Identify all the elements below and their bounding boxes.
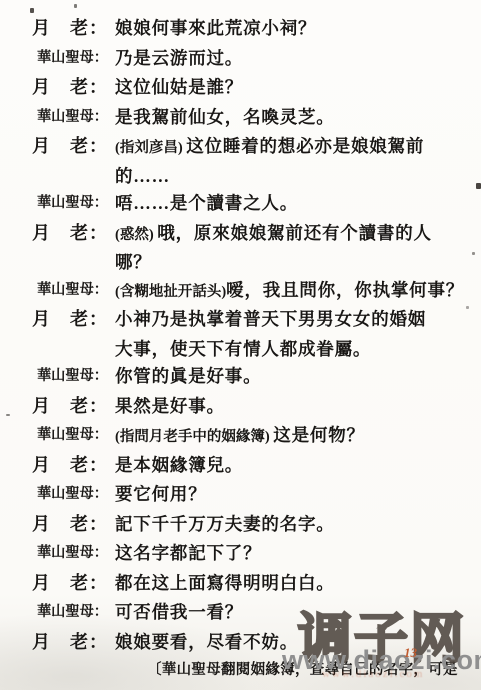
dialogue-row: 月 老： 是本姻緣簿兒。 <box>0 452 481 482</box>
dialogue-text: 是我駕前仙女，名喚灵芝。 <box>115 107 335 127</box>
dialogue-row: 月 老： (惑然) 哦，原來娘娘駕前还有个讀書的人哪？ <box>0 220 481 277</box>
dialogue-row: 月 老： 小神乃是执掌着普天下男男女女的婚姻大事，使天下有情人都成眷屬。 <box>0 306 481 363</box>
dialogue-line: 唔……是个讀書之人。 <box>108 190 481 220</box>
speaker-name: 月 老： <box>0 570 108 598</box>
dialogue-line: 果然是好事。 <box>108 393 481 423</box>
speaker-name: 華山聖母： <box>2 190 108 218</box>
scan-speck <box>472 252 475 255</box>
dialogue-line: 要它何用？ <box>108 481 481 511</box>
speaker-name: 華山聖母： <box>2 540 108 568</box>
dialogue-line: 你管的眞是好事。 <box>108 363 481 393</box>
dialogue-text: 娘娘要看，尽看不妨。 <box>115 632 298 652</box>
dialogue-row: 月 老： 記下千千万万夫妻的名字。 <box>0 511 481 541</box>
scan-speck <box>6 414 10 416</box>
dialogue-line: 小神乃是执掌着普天下男男女女的婚姻大事，使天下有情人都成眷屬。 <box>108 306 481 363</box>
dialogue-row: 華山聖母： 这名字都記下了？ <box>0 540 481 570</box>
script-page: 月 老： 娘娘何事來此荒凉小祠？ 華山聖母： 乃是云游而过。 月 老： 这位仙姑… <box>0 0 481 690</box>
scan-speck <box>466 306 469 309</box>
speaker-name: 月 老： <box>0 452 108 480</box>
inline-stage-note: (惑然) <box>115 227 157 243</box>
dialogue-text: 这名字都記下了？ <box>115 543 261 563</box>
dialogue-text: 要它何用？ <box>115 484 207 504</box>
speaker-name: 月 老： <box>0 15 108 43</box>
speaker-name: 華山聖母： <box>2 277 108 305</box>
dialogue-row: 華山聖母： 唔……是个讀書之人。 <box>0 190 481 220</box>
dialogue-row: 華山聖母： 你管的眞是好事。 <box>0 363 481 393</box>
speaker-name: 月 老： <box>0 629 108 657</box>
dialogue-row: 月 老： 娘娘何事來此荒凉小祠？ <box>0 15 481 45</box>
dialogue-row: 華山聖母： 要它何用？ <box>0 481 481 511</box>
scan-speck <box>30 8 34 13</box>
inline-stage-note: (指刘彦昌) <box>115 140 186 156</box>
dialogue-row: 華山聖母： 是我駕前仙女，名喚灵芝。 <box>0 104 481 134</box>
dialogue-text: 是本姻緣簿兒。 <box>115 455 243 475</box>
dialogue-text: 小神乃是执掌着普天下男男女女的婚姻大事，使天下有情人都成眷屬。 <box>115 309 426 359</box>
page-number: 13 <box>404 645 417 661</box>
speaker-name: 月 老： <box>0 306 108 334</box>
inline-stage-note: (指問月老手中的姻緣簿) <box>115 429 273 445</box>
dialogue-text: 唔……是个讀書之人。 <box>115 193 298 213</box>
speaker-name: 月 老： <box>0 511 108 539</box>
speaker-name: 月 老： <box>0 220 108 248</box>
dialogue-text: 你管的眞是好事。 <box>115 366 261 386</box>
dialogue-row: 月 老： 都在这上面寫得明明白白。 <box>0 570 481 600</box>
dialogue-row: 月 老： 果然是好事。 <box>0 393 481 423</box>
dialogue-line: (指刘彦昌) 这位睡着的想必亦是娘娘駕前的…… <box>108 133 481 190</box>
dialogue-line: 这位仙姑是誰？ <box>108 74 481 104</box>
dialogue-text: 記下千千万万夫妻的名字。 <box>115 514 335 534</box>
dialogue-text: 娘娘何事來此荒凉小祠？ <box>115 18 316 38</box>
dialogue-list: 月 老： 娘娘何事來此荒凉小祠？ 華山聖母： 乃是云游而过。 月 老： 这位仙姑… <box>0 0 481 658</box>
dialogue-line: (惑然) 哦，原來娘娘駕前还有个讀書的人哪？ <box>108 220 481 277</box>
dialogue-line: 是我駕前仙女，名喚灵芝。 <box>108 104 481 134</box>
dialogue-line: (含糊地扯开話头)嗳，我且問你，你执掌何事？ <box>108 277 481 307</box>
dialogue-row: 月 老： 这位仙姑是誰？ <box>0 74 481 104</box>
dialogue-line: 是本姻緣簿兒。 <box>108 452 481 482</box>
dialogue-line: 这名字都記下了？ <box>108 540 481 570</box>
dialogue-text: 这是何物？ <box>273 425 365 445</box>
speaker-name: 華山聖母： <box>2 422 108 450</box>
speaker-name: 華山聖母： <box>2 599 108 627</box>
speaker-name: 華山聖母： <box>2 363 108 391</box>
dialogue-line: 記下千千万万夫妻的名字。 <box>108 511 481 541</box>
dialogue-text: 都在这上面寫得明明白白。 <box>115 573 335 593</box>
speaker-name: 華山聖母： <box>2 104 108 132</box>
dialogue-line: 娘娘何事來此荒凉小祠？ <box>108 15 481 45</box>
dialogue-text: 可否借我一看？ <box>115 602 243 622</box>
speaker-name: 月 老： <box>0 133 108 161</box>
speaker-name: 華山聖母： <box>2 481 108 509</box>
dialogue-line: (指問月老手中的姻緣簿) 这是何物？ <box>108 422 481 452</box>
dialogue-text: 乃是云游而过。 <box>115 48 243 68</box>
dialogue-text: 果然是好事。 <box>115 396 225 416</box>
speaker-name: 華山聖母： <box>2 45 108 73</box>
dialogue-line: 都在这上面寫得明明白白。 <box>108 570 481 600</box>
watermark-url: www.diaozi.com <box>282 645 481 676</box>
speaker-name: 月 老： <box>0 393 108 421</box>
scan-speck <box>476 183 481 189</box>
dialogue-text: 嗳，我且問你，你执掌何事？ <box>226 280 464 300</box>
dialogue-row: 華山聖母： (含糊地扯开話头)嗳，我且問你，你执掌何事？ <box>0 277 481 307</box>
dialogue-text: 哦，原來娘娘駕前还有个讀書的人哪？ <box>115 223 432 273</box>
dialogue-row: 月 老： (指刘彦昌) 这位睡着的想必亦是娘娘駕前的…… <box>0 133 481 190</box>
dialogue-row: 華山聖母： 乃是云游而过。 <box>0 45 481 75</box>
dialogue-line: 乃是云游而过。 <box>108 45 481 75</box>
speaker-name: 月 老： <box>0 74 108 102</box>
inline-stage-note: (含糊地扯开話头) <box>115 284 226 300</box>
scan-speck <box>74 4 77 8</box>
dialogue-text: 这位仙姑是誰？ <box>115 77 243 97</box>
dialogue-row: 華山聖母： (指問月老手中的姻緣簿) 这是何物？ <box>0 422 481 452</box>
